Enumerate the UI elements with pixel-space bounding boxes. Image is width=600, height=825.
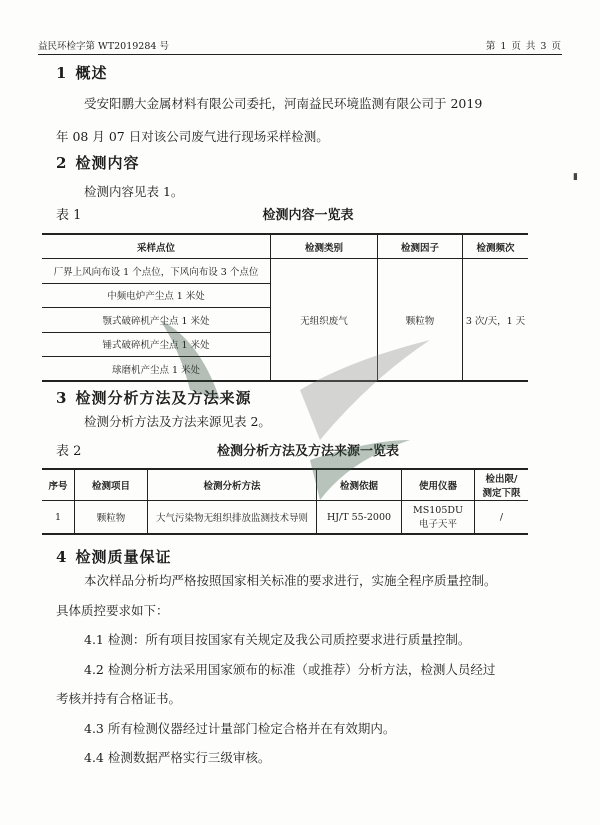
table-row: 1 颗粒物 大气污染物无组织排放监测技术导则 HJ/T 55-2000 MS10…: [42, 501, 528, 535]
table-header-row: 序号 检测项目 检测分析方法 检测依据 使用仪器 检出限/ 测定下限: [42, 469, 528, 501]
detection-content-table: 采样点位 检测类别 检测因子 检测频次 厂界上风向布设 1 个点位，下风向布设 …: [42, 233, 528, 382]
section-1-heading: 1概述: [56, 62, 107, 83]
section-2-body: 检测内容见表 1。: [56, 175, 556, 208]
limit-header: 检出限/ 测定下限: [475, 469, 529, 501]
table-1-caption: 表 1 检测内容一览表: [56, 206, 560, 226]
section-2-heading: 2检测内容: [56, 152, 139, 173]
section-4-body: 本次样品分析均严格按照国家相关标准的要求进行，实施全程序质量控制。 具体质控要求…: [56, 566, 556, 773]
table-row: 厂界上风向布设 1 个点位，下风向布设 3 个点位 无组织废气 颗粒物 3 次/…: [42, 259, 528, 284]
factor-cell: 颗粒物: [378, 259, 463, 382]
page-info: 第 1 页 共 3 页: [486, 40, 562, 54]
table-header-row: 采样点位 检测类别 检测因子 检测频次: [42, 234, 528, 259]
section-1-body: 受安阳鹏大金属材料有限公司委托，河南益民环境监测有限公司于 2019 年 08 …: [56, 87, 556, 153]
section-3-body: 检测分析方法及方法来源见表 2。: [56, 405, 556, 438]
section-4-heading: 4检测质量保证: [56, 546, 171, 567]
instrument-cell: MS105DU 电子天平: [402, 501, 475, 535]
scan-edge-mark: ▮: [573, 172, 578, 182]
frequency-cell: 3 次/天，1 天: [463, 259, 529, 382]
report-number: 益民环检字第 WT2019284 号: [38, 40, 169, 54]
analysis-method-table: 序号 检测项目 检测分析方法 检测依据 使用仪器 检出限/ 测定下限 1 颗粒物…: [42, 468, 528, 535]
category-cell: 无组织废气: [271, 259, 378, 382]
table-2-caption: 表 2 检测分析方法及方法来源一览表: [56, 442, 560, 462]
page-header: 益民环检字第 WT2019284 号 第 1 页 共 3 页: [38, 40, 562, 55]
